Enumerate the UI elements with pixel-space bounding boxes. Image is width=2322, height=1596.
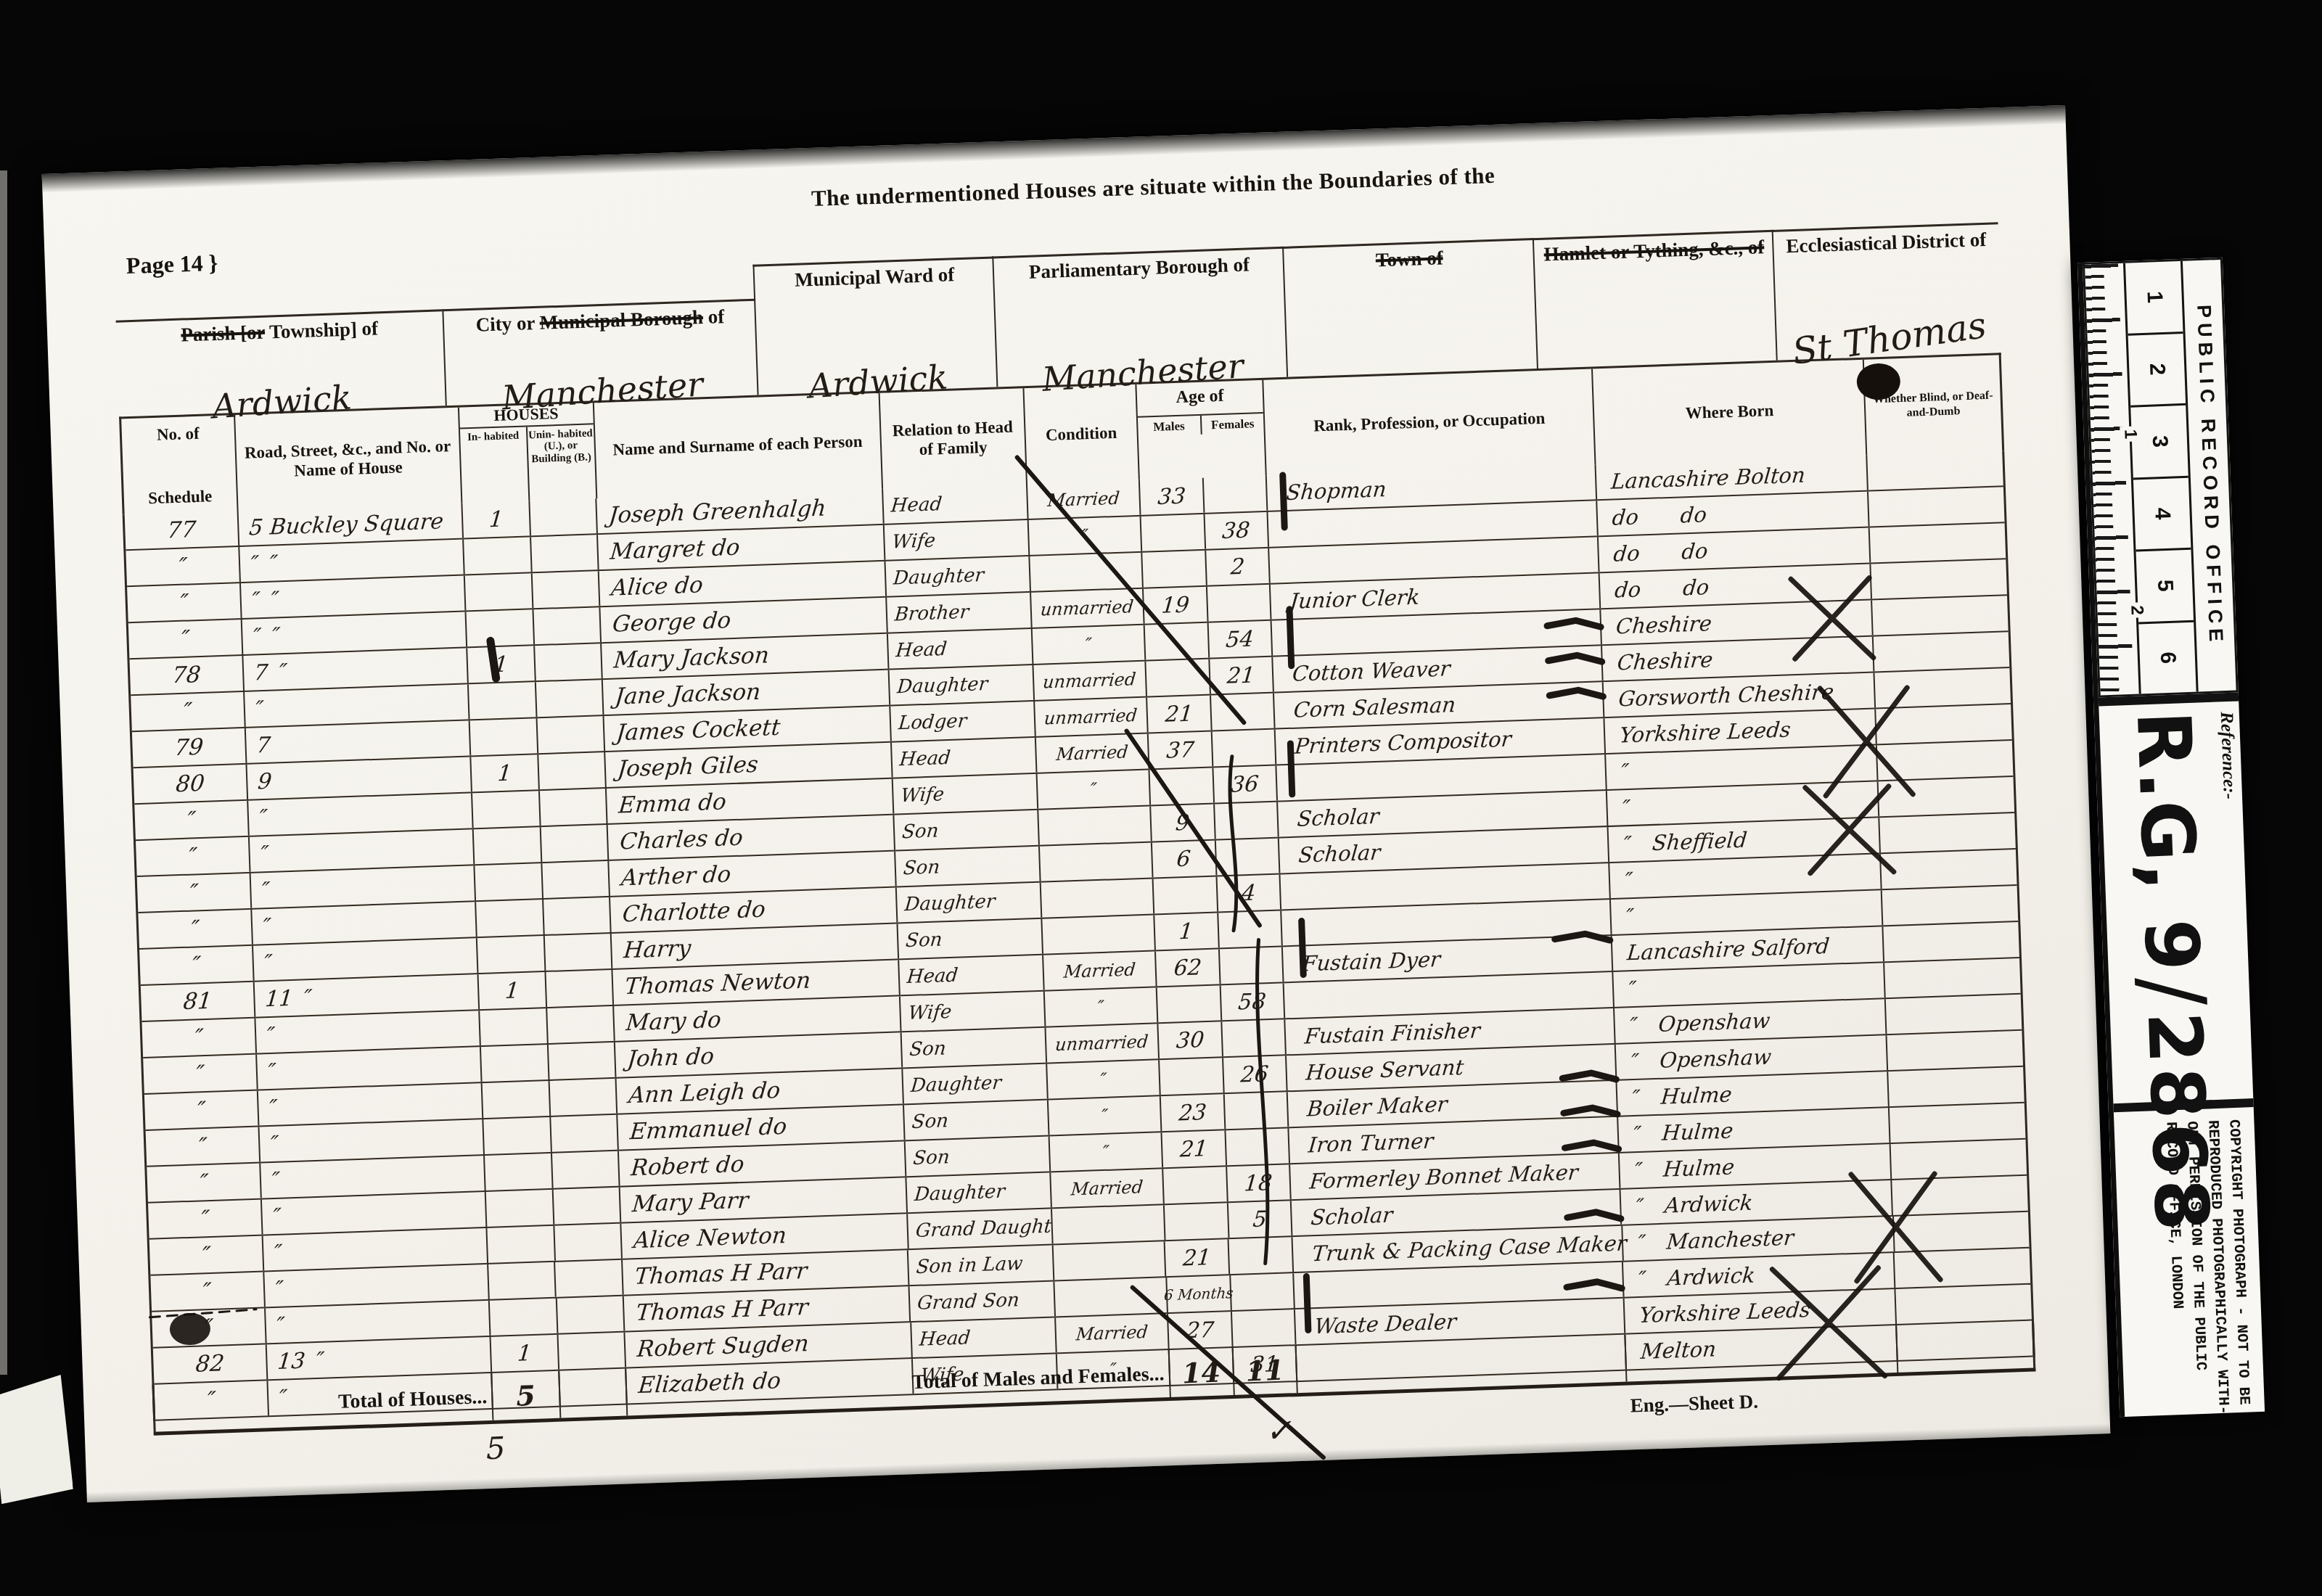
cell-road: ″ xyxy=(260,1192,486,1234)
cell-age-females xyxy=(1210,730,1275,767)
inch-number: 1 xyxy=(2125,261,2183,333)
cell-condition: Married xyxy=(1042,951,1155,990)
cell-inhabited xyxy=(475,900,543,937)
cell-road: ″ xyxy=(255,1047,481,1089)
cell-road: ″ xyxy=(263,1264,488,1307)
cell-road: ″ xyxy=(243,684,469,726)
cell-age-females xyxy=(1217,911,1281,948)
cell-inhabited xyxy=(472,827,541,864)
cell-condition: Married xyxy=(1026,480,1139,519)
cell-road: ″ xyxy=(248,829,474,871)
cell-uninhabited xyxy=(548,1079,616,1116)
cell-relation: Son xyxy=(896,919,1042,959)
cell-blind xyxy=(1892,1212,2030,1251)
cell-age-males xyxy=(1148,768,1213,805)
cell-schedule: ″ xyxy=(148,1200,261,1238)
cell-relation: Daughter xyxy=(905,1173,1051,1213)
cell-blind xyxy=(1867,487,2004,526)
cell-schedule: ″ xyxy=(139,946,253,984)
cell-uninhabited xyxy=(539,825,607,862)
col-header-road: Road, Street, &c., and No. or Name of Ho… xyxy=(234,408,461,511)
cell-schedule: ″ xyxy=(152,1308,265,1346)
cell-condition: ″ xyxy=(1027,517,1141,555)
cell-inhabited: 1 xyxy=(477,972,545,1009)
cell-inhabited xyxy=(476,936,544,973)
cell-age-males: 9 xyxy=(1149,805,1214,842)
inch-number: 2 xyxy=(2128,331,2186,405)
col-header-name: Name and Surname of each Person xyxy=(592,393,881,498)
cell-uninhabited xyxy=(544,970,612,1007)
total-females-value: 11 xyxy=(1231,1346,1297,1395)
cell-age-females xyxy=(1202,476,1266,513)
cell-age-females: 4 xyxy=(1215,875,1280,912)
cell-road: 13 ″ xyxy=(265,1337,491,1379)
cell-inhabited xyxy=(480,1045,548,1082)
cell-blind xyxy=(1877,777,2014,816)
census-page: Page 14 } The undermentioned Houses are … xyxy=(42,105,2111,1502)
cell-uninhabited xyxy=(554,1260,623,1297)
cell-blind xyxy=(1888,1103,2025,1143)
cell-inhabited xyxy=(485,1190,553,1227)
cell-road: ″ xyxy=(259,1156,485,1198)
cell-blind xyxy=(1891,1176,2028,1215)
cell-schedule: 78 xyxy=(129,656,242,694)
cell-condition xyxy=(1051,1205,1164,1243)
cell-relation: Son in Law xyxy=(907,1246,1053,1286)
cell-condition: unmarried xyxy=(1045,1024,1158,1062)
cell-blind xyxy=(1871,596,2009,635)
cell-age-males: 6 Months xyxy=(1165,1275,1231,1312)
cell-condition xyxy=(1040,879,1153,918)
cell-age-females: 58 xyxy=(1219,983,1284,1020)
cell-blind xyxy=(1868,523,2006,562)
cell-blind xyxy=(1890,1140,2027,1179)
cell-age-females xyxy=(1223,1092,1287,1129)
cell-road: ″ xyxy=(249,865,475,908)
cell-relation: Head xyxy=(890,738,1036,778)
film-edge xyxy=(0,170,7,1375)
cell-inhabited xyxy=(464,609,533,646)
cell-age-males xyxy=(1144,659,1209,696)
cell-blind xyxy=(1884,995,2022,1034)
cell-condition xyxy=(1028,553,1141,591)
cell-inhabited: 1 xyxy=(461,501,529,538)
cell-age-females xyxy=(1227,1237,1292,1274)
cell-uninhabited xyxy=(538,789,607,826)
cell-condition: Married xyxy=(1035,734,1148,773)
cell-age-males: 1 xyxy=(1153,913,1218,950)
cell-condition xyxy=(1041,915,1154,953)
cell-schedule: ″ xyxy=(126,547,239,585)
cell-age-males: 37 xyxy=(1147,732,1212,769)
cell-relation: Wife xyxy=(898,992,1044,1032)
cell-blind xyxy=(1872,632,2009,671)
cell-blind xyxy=(1881,886,2018,925)
cell-condition: ″ xyxy=(1043,987,1157,1026)
inch-number: 6 xyxy=(2138,620,2196,694)
cell-condition: Married xyxy=(1054,1314,1168,1352)
cell-relation: Daughter xyxy=(901,1064,1047,1104)
cell-uninhabited xyxy=(536,716,604,753)
cell-relation: Head xyxy=(898,955,1043,995)
cell-relation: Daughter xyxy=(884,556,1030,596)
cell-schedule: 81 xyxy=(141,982,254,1021)
cell-condition: ″ xyxy=(1036,770,1149,809)
cell-age-males: 19 xyxy=(1142,587,1207,624)
houses-annotation: 5 xyxy=(485,1430,506,1466)
cell-blind xyxy=(1875,704,2012,744)
cell-blind xyxy=(1895,1285,2032,1324)
cell-relation: Brother xyxy=(885,593,1031,633)
cell-relation: Grand Daught xyxy=(906,1209,1052,1249)
cell-uninhabited xyxy=(557,1333,625,1370)
cell-relation: Son xyxy=(894,847,1040,887)
reference-section: Reference:- R.G, 9∕2868 xyxy=(2099,701,2253,1103)
cell-uninhabited xyxy=(535,680,603,717)
cell-age-females xyxy=(1205,585,1270,622)
cell-road: ″ xyxy=(261,1228,487,1270)
col-header-rank: Rank, Profession, or Occupation xyxy=(1263,369,1595,475)
cell-road: ″ xyxy=(264,1301,490,1343)
cell-schedule: ″ xyxy=(146,1127,259,1166)
cell-uninhabited xyxy=(551,1188,620,1225)
cell-age-males: 62 xyxy=(1154,949,1219,986)
cell-blind xyxy=(1886,1031,2023,1070)
cell-uninhabited xyxy=(551,1151,619,1188)
cell-condition xyxy=(1038,843,1152,881)
cell-schedule: 80 xyxy=(134,765,247,803)
sheet-label: Eng.—Sheet D. xyxy=(1630,1391,1758,1418)
cell-uninhabited xyxy=(541,861,609,898)
cell-schedule: ″ xyxy=(128,620,242,658)
cell-relation: Son xyxy=(893,810,1038,850)
cell-blind xyxy=(1887,1067,2024,1106)
cell-blind xyxy=(1884,958,2021,997)
cell-road: ″ ″ xyxy=(239,576,465,618)
record-office-label: PUBLIC RECORD OFFICE xyxy=(2191,260,2229,691)
cell-age-males xyxy=(1141,551,1205,588)
copyright-section: COPYRIGHT PHOTOGRAPH - NOT TO BEREPRODUC… xyxy=(2114,1107,2265,1417)
photo-background: Page 14 } The undermentioned Houses are … xyxy=(0,0,2322,1596)
cell-age-females: 54 xyxy=(1207,621,1271,658)
cell-relation: Son xyxy=(903,1137,1049,1177)
cell-inhabited xyxy=(462,537,530,574)
cell-relation: Daughter xyxy=(895,883,1041,923)
cell-road: 5 Buckley Square xyxy=(237,503,462,546)
total-uninhabited-value xyxy=(558,1369,627,1418)
header-field-6: Ecclesiastical District ofSt Thomas xyxy=(1772,222,2003,361)
cell-age-females xyxy=(1229,1273,1294,1310)
cell-relation: Grand Son xyxy=(908,1281,1054,1321)
cell-age-males: 27 xyxy=(1167,1312,1231,1349)
cell-blind xyxy=(1879,813,2016,852)
cell-uninhabited xyxy=(537,752,605,789)
cell-inhabited xyxy=(482,1117,550,1154)
cell-condition: Married xyxy=(1049,1169,1162,1207)
cell-inhabited xyxy=(471,791,539,828)
cell-age-females: 18 xyxy=(1226,1164,1290,1201)
cell-schedule: ″ xyxy=(150,1272,263,1311)
cell-age-females: 21 xyxy=(1208,657,1273,694)
cell-relation: Head xyxy=(910,1317,1056,1357)
header-field-1: City or Municipal Borough ofManchester xyxy=(442,299,758,406)
cell-schedule: ″ xyxy=(143,1055,256,1093)
cell-inhabited xyxy=(469,718,537,755)
cell-uninhabited xyxy=(543,934,611,971)
cell-condition: ″ xyxy=(1047,1096,1160,1135)
cell-age-males: 21 xyxy=(1146,696,1210,733)
cell-age-males: 21 xyxy=(1160,1130,1225,1167)
cell-age-males: 6 xyxy=(1151,841,1215,878)
cell-age-females xyxy=(1221,1019,1285,1056)
cell-inhabited xyxy=(488,1299,557,1336)
cell-age-females xyxy=(1213,802,1278,839)
cell-condition: unmarried xyxy=(1030,589,1143,628)
cell-inhabited xyxy=(464,573,532,610)
cell-blind xyxy=(1893,1249,2030,1288)
cell-uninhabited xyxy=(532,607,600,644)
cell-inhabited: 1 xyxy=(489,1335,557,1372)
cell-uninhabited xyxy=(553,1224,621,1261)
cell-blind xyxy=(1876,741,2013,780)
cell-schedule: ″ xyxy=(141,1019,255,1057)
cell-schedule: ″ xyxy=(137,873,250,912)
cell-relation: Wife xyxy=(891,774,1037,814)
page-corner xyxy=(0,1375,74,1505)
cell-uninhabited xyxy=(555,1296,623,1333)
cell-age-females: 26 xyxy=(1222,1056,1287,1093)
cell-age-females: 2 xyxy=(1205,548,1269,585)
header-field-2: Municipal Ward ofArdwick xyxy=(752,256,998,395)
cell-age-males: 23 xyxy=(1160,1094,1224,1131)
cell-age-males xyxy=(1162,1167,1226,1204)
form-title: The undermentioned Houses are situate wi… xyxy=(681,158,1625,216)
cell-blind xyxy=(1870,559,2007,598)
cell-road: ″ ″ xyxy=(238,540,464,582)
col-header-relation: Relation to Head of Family xyxy=(878,388,1026,489)
check-mark: ✓ xyxy=(1265,1412,1293,1449)
cell-condition: ″ xyxy=(1046,1060,1159,1098)
cell-inhabited xyxy=(483,1153,551,1190)
cell-inhabited: 1 xyxy=(466,646,534,683)
inch-number: 4 xyxy=(2133,475,2191,549)
cell-uninhabited xyxy=(542,897,610,934)
cell-relation: Lodger xyxy=(889,702,1035,741)
cell-schedule: ″ xyxy=(149,1236,263,1275)
total-males-value: 14 xyxy=(1168,1348,1233,1397)
cell-inhabited xyxy=(481,1081,549,1118)
cell-uninhabited xyxy=(547,1042,615,1079)
cell-blind xyxy=(1874,668,2011,707)
cell-age-males xyxy=(1139,514,1204,551)
cell-inhabited xyxy=(473,863,541,900)
cell-relation: Head xyxy=(882,484,1027,524)
cell-age-females xyxy=(1230,1309,1295,1346)
cell-age-males xyxy=(1163,1203,1228,1240)
cell-schedule: ″ xyxy=(136,837,249,876)
cell-schedule: 82 xyxy=(153,1344,266,1383)
cell-age-females: 5 xyxy=(1226,1201,1291,1238)
cell-road: 11 ″ xyxy=(253,974,478,1016)
cell-road: 7 ″ xyxy=(242,648,467,690)
cell-road: ″ xyxy=(258,1119,483,1161)
cell-condition: ″ xyxy=(1031,625,1144,664)
cell-schedule: ″ xyxy=(138,910,251,948)
cell-blind xyxy=(1882,922,2019,961)
cell-age-females: 38 xyxy=(1203,512,1268,549)
col-header-condition: Condition xyxy=(1023,384,1139,484)
cell-condition: unmarried xyxy=(1033,662,1146,700)
cell-relation: Son xyxy=(900,1028,1046,1068)
cell-condition: unmarried xyxy=(1033,698,1146,736)
cell-inhabited xyxy=(467,682,536,719)
cell-age-females: 36 xyxy=(1212,766,1276,803)
col-header-blind: Whether Blind, or Deaf-and-Dumb xyxy=(1863,355,2002,455)
cell-age-males: 30 xyxy=(1157,1021,1221,1058)
cell-age-males: 21 xyxy=(1164,1239,1228,1276)
cell-age-males xyxy=(1158,1058,1223,1095)
cell-schedule: 77 xyxy=(125,511,238,549)
cell-schedule: ″ xyxy=(131,692,244,731)
cell-road: ″ xyxy=(254,1011,480,1053)
cell-blind xyxy=(1866,451,2003,490)
cell-road: ″ xyxy=(256,1083,482,1125)
cell-road: ″ ″ xyxy=(240,612,466,654)
cell-relation: Head xyxy=(886,629,1032,669)
cell-road: ″ xyxy=(252,938,477,980)
cell-age-females xyxy=(1224,1128,1289,1165)
cell-uninhabited xyxy=(530,535,598,572)
cell-blind xyxy=(1879,850,2017,889)
cell-condition xyxy=(1037,807,1150,845)
cell-uninhabited xyxy=(528,498,596,535)
cell-road: ″ xyxy=(250,902,476,944)
cell-schedule: 79 xyxy=(132,728,245,767)
ruler-section: PUBLIC RECORD OFFICE 123456 1 2 xyxy=(2083,258,2239,698)
total-houses-value: 5 xyxy=(491,1371,559,1420)
cell-uninhabited xyxy=(546,1006,614,1043)
cell-schedule: ″ xyxy=(144,1091,258,1130)
cell-road: ″ xyxy=(247,793,472,835)
cell-uninhabited xyxy=(533,643,602,680)
header-field-5: Hamlet or Tything, &c., of xyxy=(1533,230,1778,369)
cell-uninhabited xyxy=(530,571,599,608)
cell-schedule: ″ xyxy=(134,801,247,839)
cell-age-males xyxy=(1155,985,1220,1022)
cell-age-males xyxy=(1152,877,1216,914)
cell-relation: Daughter xyxy=(887,665,1033,705)
cell-age-males xyxy=(1143,623,1207,660)
cell-inhabited xyxy=(487,1262,555,1299)
cell-condition: ″ xyxy=(1049,1132,1162,1171)
cell-schedule: ″ xyxy=(127,583,240,622)
table-body: 775 Buckley Square1Joseph GreenhalghHead… xyxy=(123,451,2035,1421)
page-number: Page 14 } xyxy=(126,250,218,279)
header-field-0: Parish [or Township] ofArdwick xyxy=(116,309,446,416)
cell-age-females xyxy=(1214,839,1279,876)
cell-age-females xyxy=(1210,694,1274,731)
cell-relation: Son xyxy=(903,1101,1049,1140)
archive-reference-strip: PUBLIC RECORD OFFICE 123456 1 2 Referenc… xyxy=(2077,258,2265,1417)
cell-uninhabited xyxy=(549,1115,618,1152)
cell-condition xyxy=(1053,1278,1166,1316)
cell-inhabited xyxy=(478,1008,546,1045)
col-header-born: Where Born xyxy=(1591,360,1866,465)
cell-condition xyxy=(1051,1241,1165,1280)
header-field-4: Town of xyxy=(1282,238,1538,377)
cell-schedule: ″ xyxy=(147,1164,260,1202)
cell-age-females xyxy=(1218,947,1282,984)
cell-relation: Wife xyxy=(882,520,1028,560)
header-field-3: Parliamentary Borough ofManchester xyxy=(992,247,1288,387)
col-header-age: Age of MalesFemales xyxy=(1135,380,1265,480)
cell-inhabited xyxy=(485,1226,554,1263)
cell-road: 7 xyxy=(244,720,469,762)
cell-inhabited: 1 xyxy=(469,754,538,791)
cell-age-males: 33 xyxy=(1139,478,1203,515)
cell-road: 9 xyxy=(245,757,471,799)
